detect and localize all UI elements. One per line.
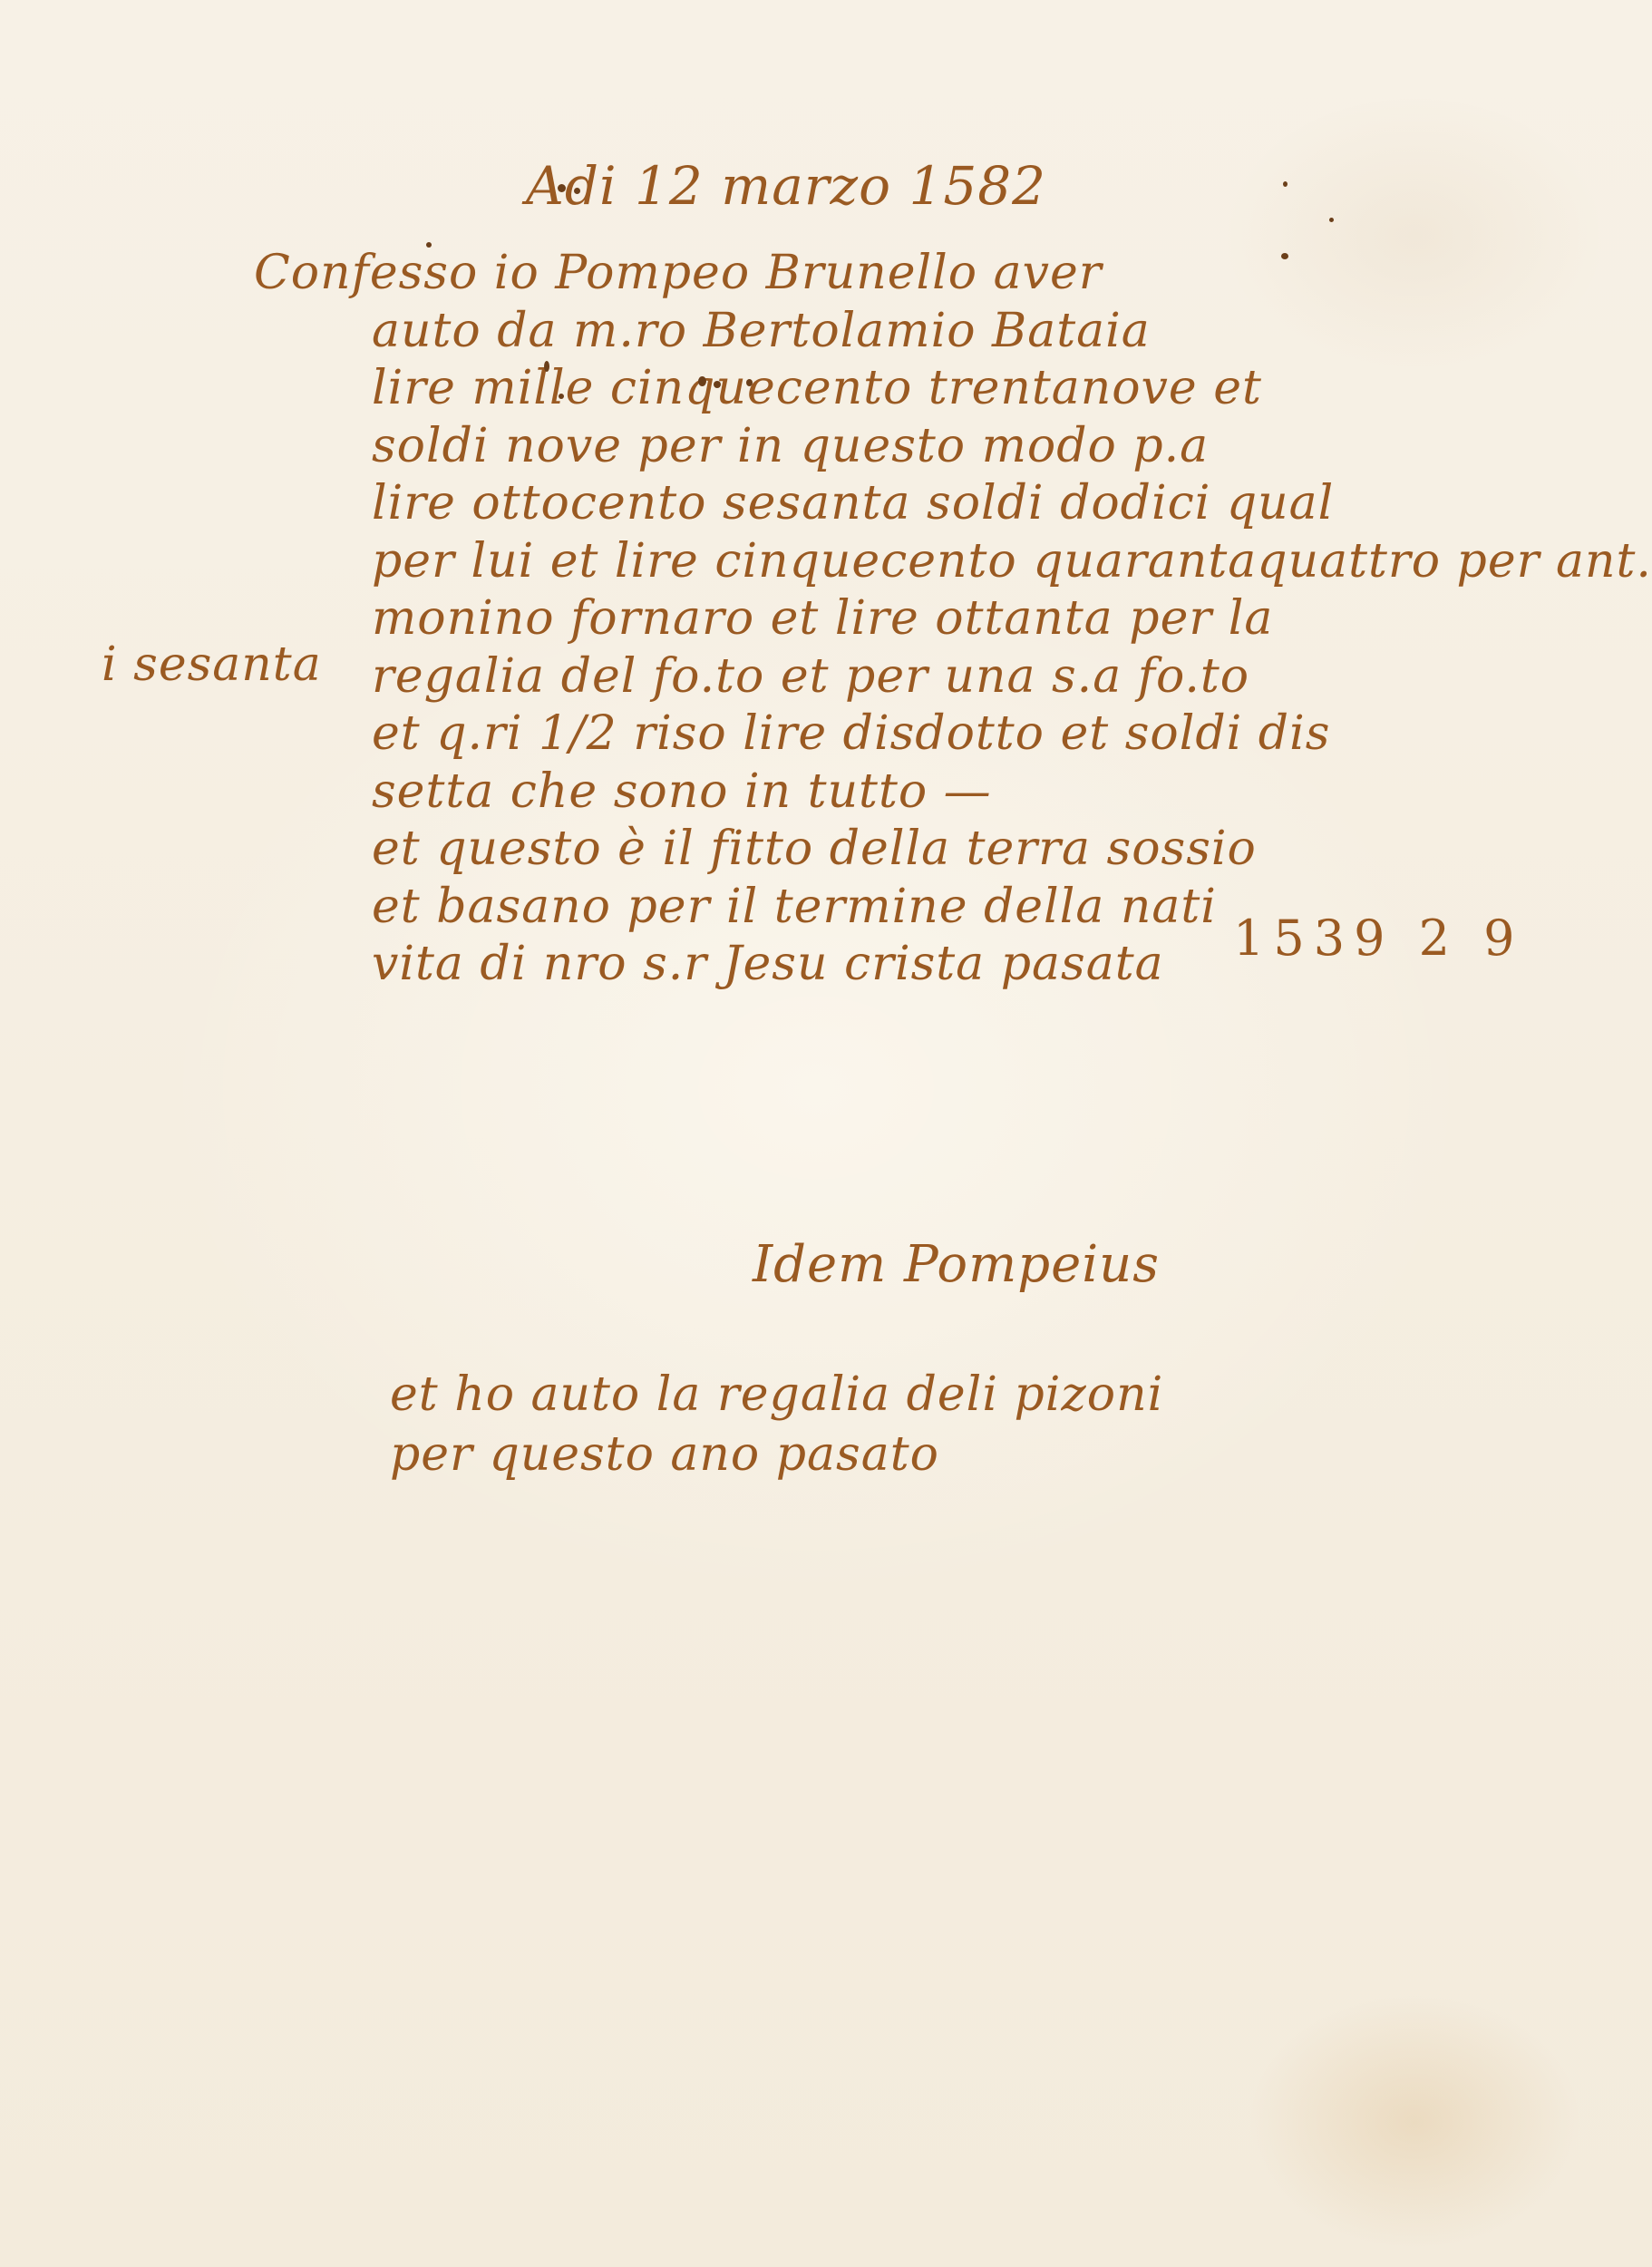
body-line-3: lire mille cinquecento trentanove et — [372, 360, 1297, 418]
ink-speck — [559, 394, 564, 399]
body-line-12: et basano per il termine della nati — [372, 879, 1297, 937]
body-line-4: soldi nove per in questo modo p.a — [372, 418, 1297, 476]
total-sum: 1539 2 9 — [1233, 907, 1523, 970]
ink-speck — [746, 379, 753, 386]
body-line-2: auto da m.ro Bertolamio Bataia — [372, 303, 1297, 361]
body-line-9: et q.ri 1/2 riso lire disdotto et soldi … — [372, 705, 1297, 764]
body-line-5: lire ottocento sesanta soldi dodici qual — [372, 475, 1297, 533]
margin-note: i sesanta — [102, 637, 322, 694]
receipt-body: Confesso io Pompeo Brunello aver auto da… — [254, 245, 1297, 994]
ink-speck — [1329, 218, 1334, 222]
postscript: et ho auto la regalia deli pizoni per qu… — [390, 1365, 1387, 1484]
body-line-10: setta che sono in tutto — — [372, 764, 1297, 822]
ink-speck — [698, 376, 706, 386]
body-line-7: monino fornaro et lire ottanta per la — [372, 590, 1297, 648]
ink-speck — [714, 381, 721, 388]
ink-speck — [558, 184, 566, 192]
ink-speck — [426, 242, 432, 248]
postscript-line-1: et ho auto la regalia deli pizoni — [390, 1365, 1387, 1425]
body-line-1: Confesso io Pompeo Brunello aver — [254, 245, 1297, 303]
ink-speck — [1281, 253, 1288, 259]
body-line-13: vita di nro s.r Jesu crista pasata — [372, 936, 1297, 994]
ink-speck — [1283, 181, 1288, 187]
body-line-8: regalia del fo.to et per una s.a fo.to — [372, 648, 1297, 706]
body-line-11: et questo è il fitto della terra sossio — [372, 821, 1297, 879]
body-line-6: per lui et lire cinquecento quarantaquat… — [372, 533, 1297, 591]
manuscript-page: Adi 12 marzo 1582 Confesso io Pompeo Bru… — [0, 0, 1652, 2267]
ink-speck — [544, 361, 549, 372]
ink-speck — [574, 188, 580, 194]
date-heading: Adi 12 marzo 1582 — [526, 154, 1046, 218]
postscript-line-2: per questo ano pasato — [390, 1425, 1387, 1484]
signature: Idem Pompeius — [753, 1233, 1160, 1297]
